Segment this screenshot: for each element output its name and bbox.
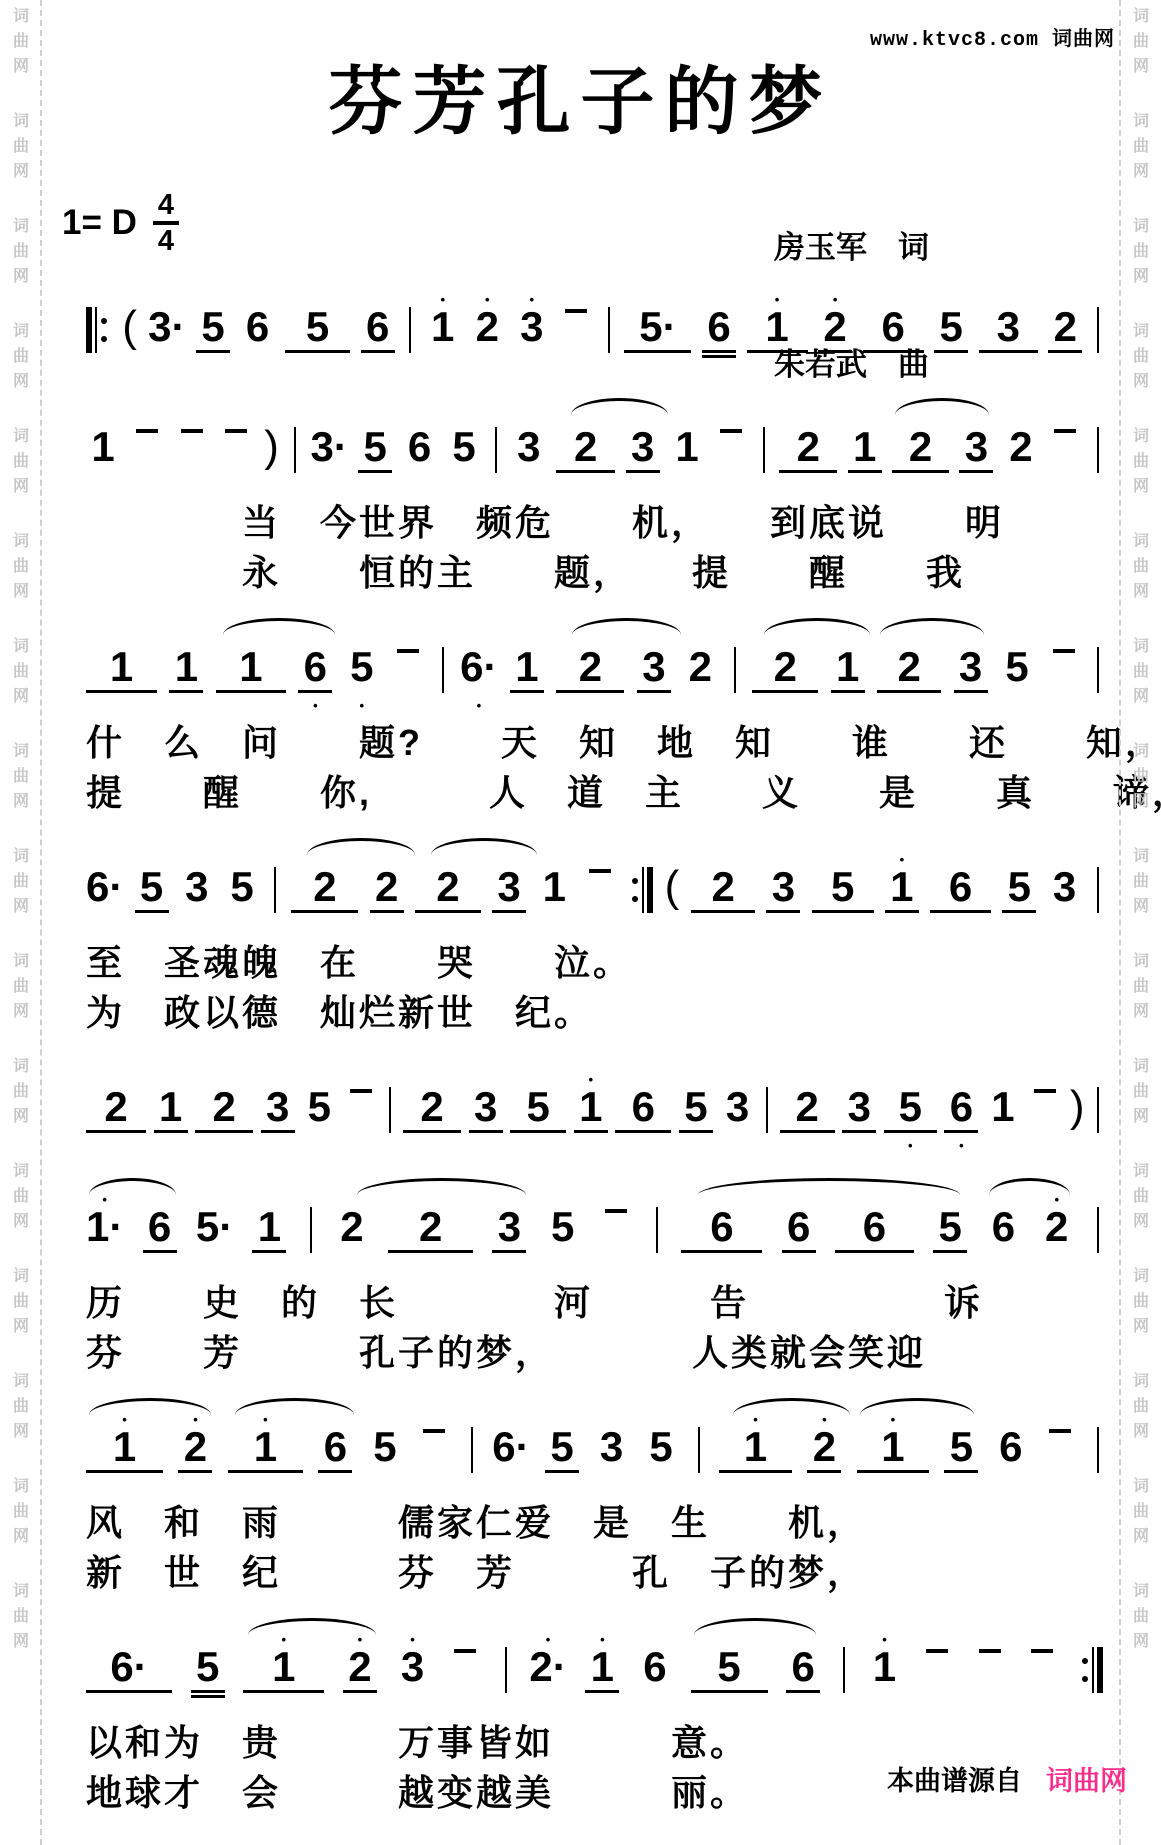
watermark-char: 词 — [6, 634, 36, 659]
note-token — [920, 1634, 954, 1678]
note-token: •2 — [807, 1414, 841, 1492]
watermark-char: 网 — [6, 1629, 36, 1654]
note-glyph: 5 — [649, 1427, 672, 1467]
underline-beams — [1002, 910, 1036, 922]
watermark-char: 曲 — [6, 1079, 36, 1104]
footer: 本曲谱源自中国词曲网 本曲谱源自词曲网 — [773, 1708, 1127, 1835]
note-glyph: 1 — [890, 867, 913, 907]
note-glyph — [605, 1207, 627, 1213]
note-token: 6• — [944, 1074, 978, 1152]
bar-glyph — [274, 867, 276, 913]
watermark-char: 网 — [6, 1314, 36, 1339]
note-glyph: 1 — [272, 1647, 295, 1687]
bar-glyph — [656, 1207, 658, 1253]
underline-beams — [196, 350, 230, 362]
note-token: 5 — [225, 854, 259, 932]
note-glyph: 6 — [324, 1427, 347, 1467]
slur-arc — [89, 1398, 211, 1415]
note-token: 1 — [986, 1074, 1020, 1152]
note-glyph: 5 — [684, 1087, 707, 1127]
note-token: 6 — [994, 1414, 1028, 1492]
underline-beams — [302, 1130, 336, 1142]
watermark-char: 网 — [6, 1524, 36, 1549]
underline-beams — [1043, 1436, 1077, 1448]
note-token: 1 — [216, 634, 286, 712]
underline-beams — [604, 356, 614, 368]
slur-arc — [357, 1178, 526, 1195]
underline-beams — [691, 910, 755, 922]
underline-beams — [691, 1690, 768, 1702]
watermark-char: 词 — [1126, 1474, 1156, 1499]
barline — [1093, 854, 1103, 938]
watermark-group: 词曲网 — [6, 529, 36, 604]
watermark-group: 词曲网 — [6, 1369, 36, 1444]
note-token: 5 — [510, 1074, 566, 1152]
note-glyph: 5 — [201, 307, 224, 347]
watermark-column-right: 词曲网词曲网词曲网词曲网词曲网词曲网词曲网词曲网词曲网词曲网词曲网词曲网词曲网词… — [1126, 4, 1156, 1845]
underline-beams — [86, 470, 120, 482]
note-glyph: 3 — [726, 1087, 749, 1127]
note-glyph: 2 — [104, 1087, 127, 1127]
watermark-group: 词曲网 — [1126, 529, 1156, 604]
time-numerator: 4 — [153, 190, 179, 225]
note-token: 3 — [492, 1194, 526, 1272]
underline-beams — [86, 1690, 172, 1702]
underline-beams — [448, 1656, 482, 1668]
slur-arc — [895, 398, 989, 415]
underline-beams — [343, 1690, 377, 1702]
note-glyph: 3 — [520, 307, 543, 347]
underline-beams — [512, 470, 546, 482]
note-glyph: 1 — [110, 647, 133, 687]
note-token: •1 — [86, 1414, 163, 1492]
note-glyph: 2 — [774, 647, 797, 687]
watermark-char: 曲 — [6, 1394, 36, 1419]
note-glyph: 1 — [853, 427, 876, 467]
note-token: ( — [122, 294, 138, 372]
note-glyph — [1031, 1647, 1053, 1653]
watermark-char: 曲 — [6, 1499, 36, 1524]
note-token: •2· — [529, 1634, 566, 1712]
underline-beams — [719, 1470, 792, 1482]
barline — [1093, 634, 1103, 718]
watermark-char: 词 — [1126, 1579, 1156, 1604]
note-glyph — [350, 1087, 372, 1093]
note-glyph: 5 — [373, 1427, 396, 1467]
note-token: 5· — [196, 1194, 233, 1272]
note-token: 5 — [1000, 634, 1034, 712]
sheet-music-page: 词曲网词曲网词曲网词曲网词曲网词曲网词曲网词曲网词曲网词曲网词曲网词曲网词曲网词… — [0, 0, 1161, 1845]
note-token: •1 — [585, 1634, 619, 1712]
watermark-group: 词曲网 — [1126, 4, 1156, 79]
watermark-char: 网 — [6, 1104, 36, 1129]
note-glyph: 6· — [110, 1647, 147, 1687]
note-glyph: 1 — [675, 427, 698, 467]
slur-arc — [431, 838, 537, 855]
note-token — [1025, 1634, 1059, 1678]
note-token: 2 — [556, 414, 615, 492]
watermark-char: 网 — [1126, 1209, 1156, 1234]
underline-beams — [807, 1470, 841, 1482]
underline-beams — [415, 910, 481, 922]
underline-beams — [747, 350, 808, 362]
barline — [467, 1414, 477, 1498]
note-glyph: 5 — [551, 1207, 574, 1247]
note-token: 6 — [702, 294, 736, 372]
note-glyph: 3 — [498, 1207, 521, 1247]
underline-beams — [1004, 470, 1038, 482]
watermark-char: 网 — [6, 999, 36, 1024]
note-glyph: ) — [1070, 1087, 1085, 1127]
note-glyph: 1 — [258, 1207, 281, 1247]
octave-dot-below: • — [360, 702, 365, 712]
watermark-char: 词 — [6, 529, 36, 554]
note-token: 1 — [154, 1074, 188, 1152]
note-glyph: 1 — [91, 427, 114, 467]
underline-beams — [403, 470, 437, 482]
barline — [1093, 1074, 1103, 1158]
note-glyph: 5 — [1005, 647, 1028, 687]
watermark-char: 曲 — [1126, 554, 1156, 579]
watermark-char: 网 — [1126, 474, 1156, 499]
note-glyph: 5 — [1008, 867, 1031, 907]
note-glyph: 5 — [950, 1427, 973, 1467]
lyric-row: 永 恒的主 题， 提 醒 我 — [86, 548, 1103, 598]
note-token — [219, 414, 253, 458]
note-glyph: 5 — [831, 867, 854, 907]
note-glyph: 1 — [873, 1647, 896, 1687]
left-dashed-border — [40, 0, 42, 1845]
underline-beams — [583, 876, 617, 888]
underline-beams — [863, 350, 924, 362]
watermark-char: 词 — [6, 319, 36, 344]
underline-beams — [546, 1250, 580, 1262]
note-token: 6· — [86, 854, 123, 932]
music-line-7: •1•2•1656·535•1•2•156 — [86, 1392, 1103, 1498]
note-token: 1 — [510, 634, 544, 712]
note-glyph: 6 — [992, 1207, 1015, 1247]
note-glyph: 3 — [1053, 867, 1076, 907]
note-glyph: 6 — [707, 307, 730, 347]
watermark-char: 词 — [1126, 949, 1156, 974]
watermark-group: 词曲网 — [6, 634, 36, 709]
note-token: 5 — [447, 414, 481, 492]
note-glyph: 3· — [310, 427, 347, 467]
barline — [385, 1074, 395, 1158]
slur-arc — [89, 1178, 176, 1195]
note-token — [714, 414, 748, 458]
note-token: 2 — [779, 414, 837, 492]
note-glyph: 5 — [306, 307, 329, 347]
note-glyph: 3· — [148, 307, 185, 347]
underline-beams — [679, 1130, 713, 1142]
watermark-group: 词曲网 — [6, 1159, 36, 1234]
watermark-char: 网 — [1126, 54, 1156, 79]
note-glyph: 2 — [823, 307, 846, 347]
footer-site-link[interactable]: 词曲网 — [1046, 1766, 1127, 1796]
bar-glyph — [1097, 307, 1099, 353]
note-glyph: 2 — [375, 867, 398, 907]
system-7: •1•2•1656·535•1•2•156 风 和 雨 儒家仁爱 是 生 机， … — [86, 1392, 1103, 1598]
note-glyph: 2 — [712, 867, 735, 907]
underline-beams — [752, 690, 818, 702]
note-token: 6 — [782, 1194, 816, 1272]
note-token: •1 — [719, 1414, 792, 1492]
barline — [1093, 1414, 1103, 1498]
note-glyph: 1· — [86, 1207, 123, 1247]
system-1: (3·5656•1•2•35·6•1•26532 — [86, 272, 1103, 378]
slur-arc — [698, 1178, 960, 1195]
watermark-char: 曲 — [1126, 1394, 1156, 1419]
underline-beams — [403, 1130, 461, 1142]
note-token: •1 — [857, 1414, 929, 1492]
note-token: 5 — [934, 294, 968, 372]
underline-beams — [1069, 1130, 1085, 1142]
note-token: 1 — [848, 414, 882, 492]
bar-glyph — [86, 307, 111, 353]
note-glyph: 6 — [643, 1647, 666, 1687]
note-glyph: 5 — [899, 1087, 922, 1127]
watermark-char: 网 — [6, 579, 36, 604]
underline-beams — [986, 1130, 1020, 1142]
watermark-group: 词曲网 — [6, 739, 36, 814]
watermark-char: 词 — [1126, 634, 1156, 659]
note-glyph: 5 — [452, 427, 475, 467]
note-glyph: 1 — [239, 647, 262, 687]
note-token: 2 — [1004, 414, 1038, 492]
underline-beams — [624, 350, 691, 362]
underline-beams — [683, 690, 717, 702]
note-token: 6 — [241, 294, 275, 372]
octave-dot-below: • — [313, 702, 318, 712]
underline-beams — [1093, 696, 1103, 708]
underline-beams — [721, 1130, 755, 1142]
watermark-char: 曲 — [1126, 449, 1156, 474]
watermark-char: 词 — [6, 1579, 36, 1604]
underline-beams — [714, 436, 748, 448]
footer-prefix: 本曲谱源自 — [887, 1766, 1022, 1796]
watermark-char: 网 — [1126, 894, 1156, 919]
note-token: 3 — [766, 854, 800, 932]
bar-glyph — [1097, 1427, 1099, 1473]
barline — [306, 1194, 316, 1278]
underline-beams — [979, 350, 1038, 362]
note-glyph: 2 — [436, 867, 459, 907]
slur-arc — [860, 1398, 974, 1415]
system-6: •1·65·1223566656•2 历 史 的 长 河 告 诉 芬 芳 孔子的… — [86, 1172, 1103, 1378]
watermark-char: 网 — [1126, 1524, 1156, 1549]
underline-beams — [148, 350, 185, 362]
underline-beams — [86, 910, 123, 922]
note-glyph: 3 — [642, 647, 665, 687]
note-glyph: 2 — [1045, 1207, 1068, 1247]
underline-beams — [285, 350, 350, 362]
underline-beams — [318, 1470, 352, 1482]
note-glyph — [1054, 427, 1076, 433]
note-glyph: 1 — [765, 307, 788, 347]
octave-dot-below: • — [477, 702, 482, 712]
underline-beams — [228, 1470, 303, 1482]
barline — [501, 1634, 511, 1718]
note-token: 5• — [884, 1074, 937, 1152]
underline-beams — [438, 696, 448, 708]
barline — [604, 294, 614, 378]
slur-arc — [223, 618, 335, 635]
note-token: •1 — [426, 294, 460, 372]
note-glyph: 2 — [797, 427, 820, 467]
underline-beams — [559, 316, 593, 328]
watermark-char: 网 — [1126, 264, 1156, 289]
bar-glyph — [698, 1427, 700, 1473]
time-signature: 4 4 — [153, 190, 179, 256]
underline-beams — [291, 910, 358, 922]
note-glyph — [720, 427, 742, 433]
underline-beams — [1093, 356, 1103, 368]
site-link[interactable]: www.ktvc8.com 词曲网 — [870, 22, 1115, 52]
watermark-char: 曲 — [6, 1289, 36, 1314]
note-token: •1 — [885, 854, 919, 932]
watermark-char: 网 — [1126, 1314, 1156, 1339]
underline-beams — [388, 1250, 473, 1262]
watermark-char: 词 — [6, 109, 36, 134]
note-token: 5 — [196, 294, 230, 372]
underline-beams — [368, 1470, 402, 1482]
bar-glyph — [1078, 1647, 1103, 1693]
note-token: 5 — [546, 1194, 580, 1272]
watermark-group: 词曲网 — [6, 1579, 36, 1654]
watermark-char: 曲 — [1126, 659, 1156, 684]
slur-arc — [880, 618, 984, 635]
underline-beams — [492, 1250, 526, 1262]
note-token: 2 — [1048, 294, 1082, 372]
watermark-char: 曲 — [6, 449, 36, 474]
underline-beams — [730, 696, 740, 708]
note-glyph: 1 — [543, 867, 566, 907]
note-glyph: 2 — [813, 1427, 836, 1467]
note-token: 3· — [310, 414, 347, 492]
note-token: 3 — [959, 414, 993, 492]
bar-glyph — [734, 647, 736, 693]
bar-glyph — [471, 1427, 473, 1473]
watermark-char: 网 — [6, 54, 36, 79]
underline-beams — [178, 1470, 212, 1482]
note-glyph: 6· — [492, 1427, 529, 1467]
lyric-row: 风 和 雨 儒家仁爱 是 生 机， — [86, 1498, 1103, 1548]
note-token — [583, 854, 617, 898]
underline-beams — [510, 1130, 566, 1142]
note-token: 3 — [492, 854, 526, 932]
barline — [759, 414, 769, 498]
underline-beams — [831, 690, 865, 702]
music-line-5: 21235235•1653235•6•1) — [86, 1052, 1103, 1158]
bar-glyph — [1097, 867, 1099, 913]
octave-dot-below: • — [959, 1142, 964, 1152]
underline-beams — [86, 356, 111, 368]
note-token: 5 — [368, 1414, 402, 1492]
note-token: •3 — [396, 1634, 430, 1712]
slur-arc — [307, 838, 415, 855]
underline-beams — [335, 1250, 369, 1262]
watermark-char: 词 — [1126, 1369, 1156, 1394]
barline — [730, 634, 740, 718]
music-line-3: 1116•5•6·•123221235 — [86, 612, 1103, 718]
underline-beams — [959, 470, 993, 482]
barline — [1093, 1194, 1103, 1278]
underline-beams — [545, 1470, 579, 1482]
note-glyph: 2 — [909, 427, 932, 467]
underline-beams — [1048, 436, 1082, 448]
note-glyph: 3 — [497, 867, 520, 907]
footer-clipped-row: 本曲谱源自中国词曲网 — [773, 1708, 1127, 1727]
watermark-char: 曲 — [1126, 764, 1156, 789]
watermark-char: 词 — [6, 739, 36, 764]
bar-glyph — [310, 1207, 312, 1253]
watermark-group: 词曲网 — [1126, 949, 1156, 1024]
underline-beams — [492, 910, 526, 922]
bar-glyph — [389, 1087, 391, 1133]
note-glyph: 6 — [710, 1207, 733, 1247]
note-glyph: 2 — [184, 1427, 207, 1467]
note-token: •2 — [470, 294, 504, 372]
barline — [270, 854, 280, 938]
note-token: 3 — [979, 294, 1038, 372]
underline-beams — [1048, 910, 1082, 922]
bar-glyph — [1097, 427, 1099, 473]
note-glyph: 1 — [579, 1087, 602, 1127]
underline-beams — [574, 1130, 608, 1142]
note-token: 2 — [195, 1074, 253, 1152]
note-glyph: 6 — [881, 307, 904, 347]
underline-beams — [241, 350, 275, 362]
note-token: 5 — [285, 294, 350, 372]
note-token: 5 — [812, 854, 874, 932]
underline-beams — [818, 350, 852, 362]
lyric-row: 新 世 纪 芬 芳 孔 子的梦， — [86, 1548, 1103, 1598]
underline-beams — [86, 690, 157, 702]
octave-dot-below: • — [908, 1142, 913, 1152]
underline-beams — [469, 1130, 503, 1142]
note-glyph: 6 — [949, 867, 972, 907]
barline — [290, 414, 300, 498]
note-token: 5 — [933, 1194, 967, 1272]
underline-beams — [270, 916, 280, 928]
system-3: 1116•5•6·•123221235 什 么 问 题? 天 知 地 知 谁 还… — [86, 612, 1103, 818]
note-token: 1 — [86, 634, 157, 712]
note-glyph: 1 — [591, 1647, 614, 1687]
note-glyph: 5 — [364, 427, 387, 467]
watermark-char: 曲 — [1126, 29, 1156, 54]
underline-beams — [585, 1690, 619, 1702]
watermark-group: 词曲网 — [6, 424, 36, 499]
note-token — [417, 1414, 451, 1458]
watermark-char: 曲 — [6, 554, 36, 579]
note-token — [1047, 634, 1081, 678]
watermark-group: 词曲网 — [1126, 634, 1156, 709]
music-line-8: 6·5•1•2•3•2·•1656•1 — [86, 1612, 1103, 1718]
note-token: 3 — [954, 634, 988, 712]
note-token: 6 — [835, 1194, 914, 1272]
note-glyph: 6 — [787, 1207, 810, 1247]
slur-arc — [248, 1618, 376, 1635]
note-token: 3 — [469, 1074, 503, 1152]
underline-beams — [510, 690, 544, 702]
barline — [1078, 1634, 1103, 1718]
note-glyph: 3 — [997, 307, 1020, 347]
watermark-char: 词 — [6, 4, 36, 29]
underline-beams — [835, 1250, 914, 1262]
note-glyph: 6 — [148, 1207, 171, 1247]
note-glyph: 2 — [795, 1087, 818, 1127]
